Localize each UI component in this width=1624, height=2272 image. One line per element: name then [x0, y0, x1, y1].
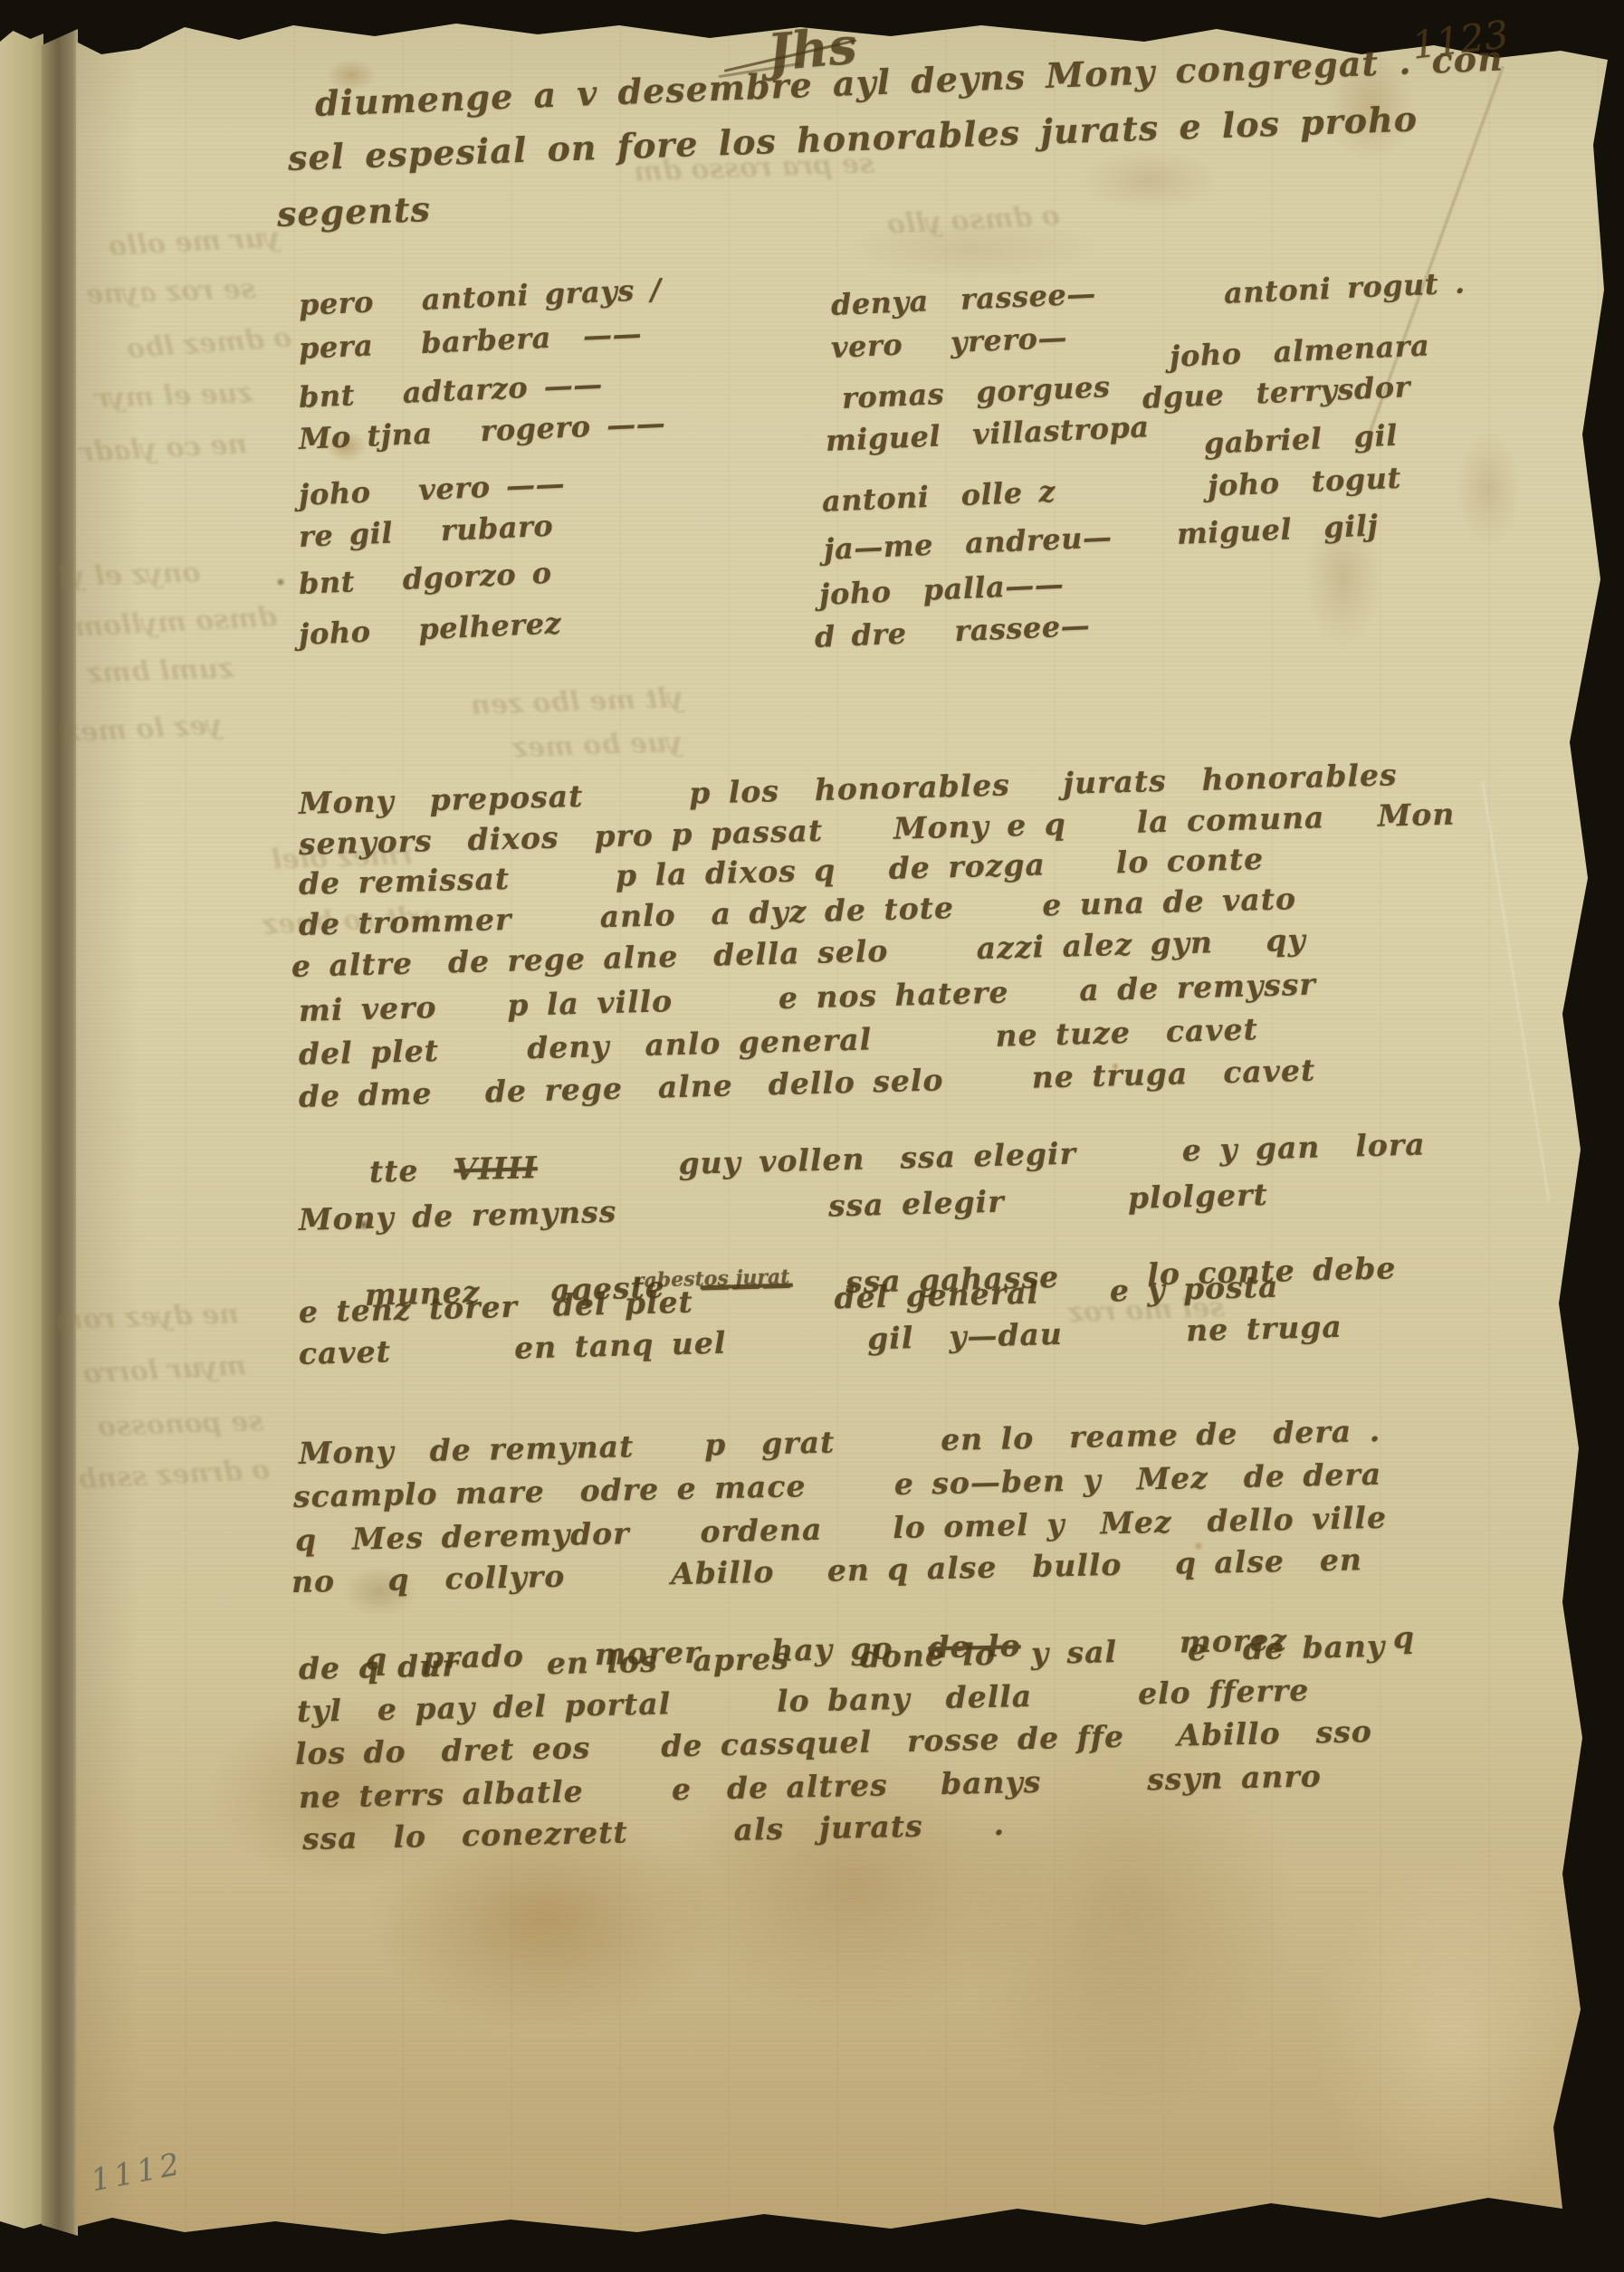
ink-bleedthrough-text: ne dyez rom: [53, 1298, 239, 1336]
paper-crease: [1480, 781, 1551, 1202]
ink-bleedthrough-text: zue el myr: [94, 377, 253, 415]
line-segment: guy vollen ssa elegir e y gan lora: [537, 1126, 1426, 1185]
ink-bleedthrough-text: se ponosso: [97, 1406, 263, 1443]
previous-page-edge: [0, 31, 43, 2229]
struck-text: VIIII: [454, 1150, 538, 1187]
line-segment: tte: [368, 1152, 454, 1189]
binding-gutter-shadow: [42, 27, 78, 2236]
ink-bleedthrough-text: se roz ayne: [85, 273, 256, 311]
ink-bleedthrough-text: onyz el yl: [58, 557, 201, 593]
manuscript-photo: yur me ollo se roz ayne o dmez lbo zue e…: [0, 0, 1624, 2272]
ink-bleedthrough-text: yue bo mez: [511, 727, 683, 765]
heading-line: segents: [276, 188, 431, 234]
ink-bleedthrough-text: zuml bmz: [86, 653, 234, 690]
